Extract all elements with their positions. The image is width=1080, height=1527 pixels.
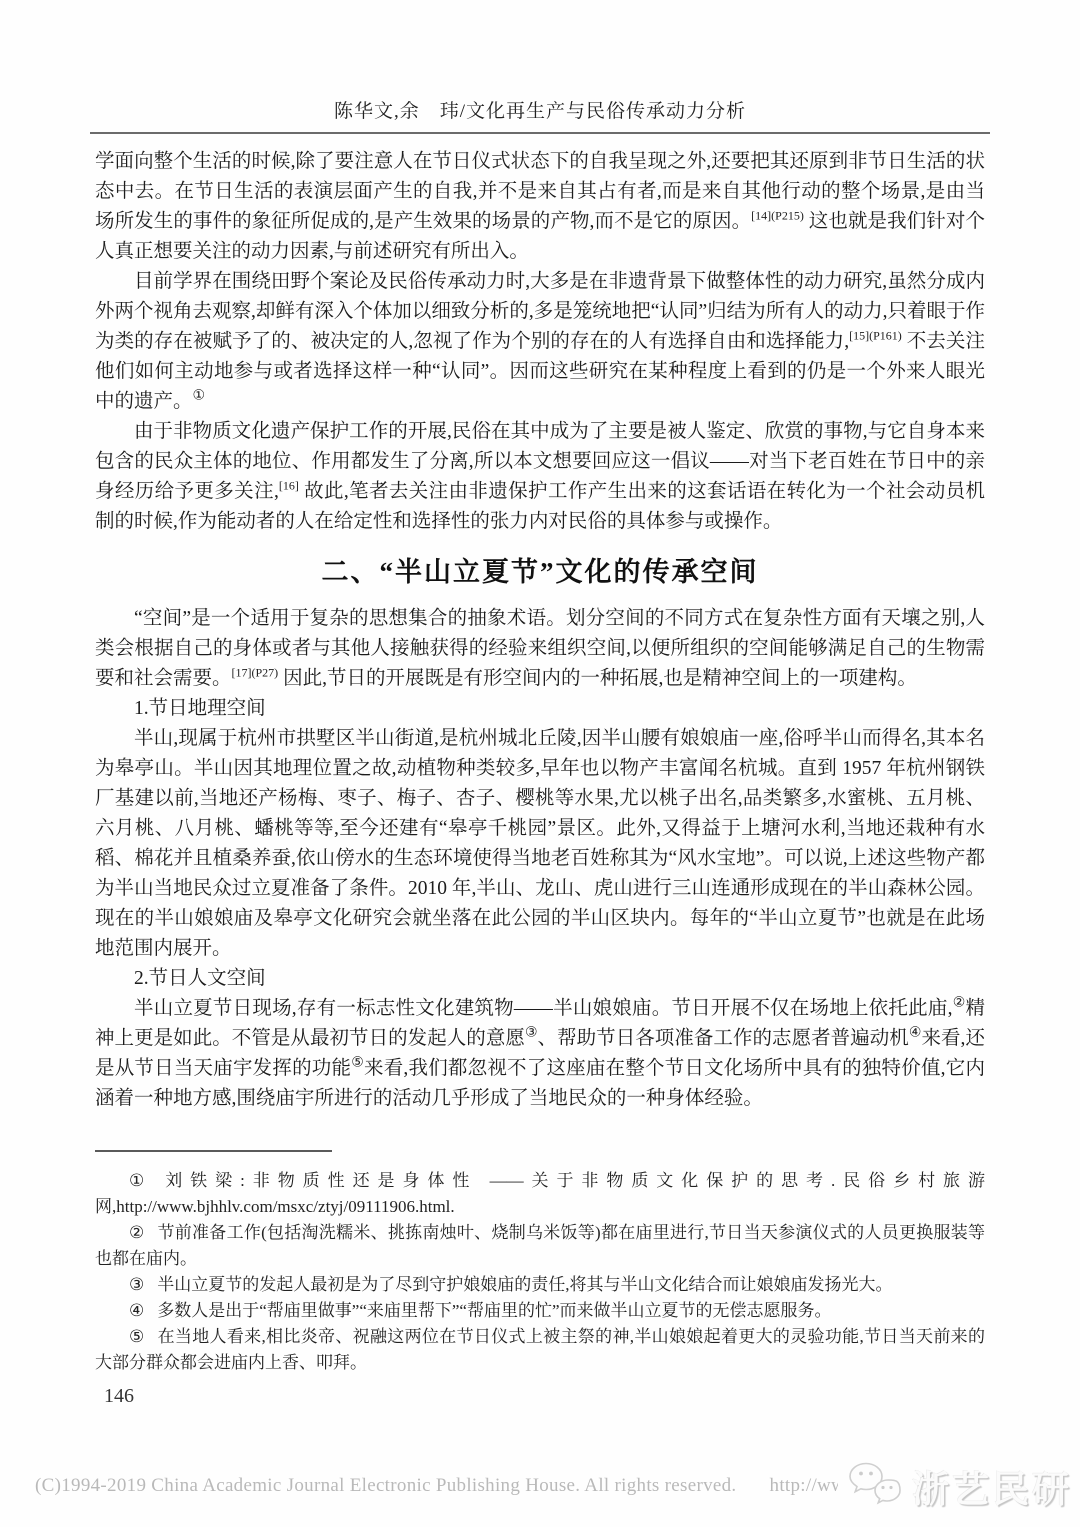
footnote: ①刘铁梁:非物质性还是身体性 ——关于非物质文化保护的思考.民俗乡村旅游网,ht… — [95, 1168, 985, 1220]
footnote-ref: ③ — [525, 1026, 538, 1041]
paragraph: 半山立夏节日现场,存有一标志性文化建筑物——半山娘娘庙。节日开展不仅在场地上依托… — [95, 994, 985, 1114]
watermark-text: 浙艺民研 — [912, 1459, 1072, 1513]
copyright-text: (C)1994-2019 China Academic Journal Elec… — [35, 1475, 736, 1496]
footnote: ⑤在当地人看来,相比炎帝、祝融这两位在节日仪式上被主祭的神,半山娘娘起着更大的灵… — [95, 1324, 985, 1376]
paragraph: 学面向整个生活的时候,除了要注意人在节日仪式状态下的自我呈现之外,还要把其还原到… — [95, 147, 985, 267]
page-footer: (C)1994-2019 China Academic Journal Elec… — [0, 1417, 1080, 1527]
wechat-icon — [844, 1458, 906, 1513]
footnote-ref: ④ — [909, 1026, 922, 1041]
footnote-marker: ② — [129, 1223, 145, 1242]
footnote: ③半山立夏节的发起人最初是为了尽到守护娘娘庙的责任,将其与半山文化结合而让娘娘庙… — [95, 1272, 985, 1298]
citation-ref: [16] — [279, 479, 299, 493]
footnote-ref: ① — [193, 389, 206, 404]
journal-page: 陈华文,余 玮/文化再生产与民俗传承动力分析 学面向整个生活的时候,除了要注意人… — [0, 0, 1080, 1527]
footnote-marker: ④ — [129, 1301, 144, 1320]
copyright-line: (C)1994-2019 China Academic Journal Elec… — [35, 1475, 926, 1497]
paragraph: 半山,现属于杭州市拱墅区半山街道,是杭州城北丘陵,因半山腰有娘娘庙一座,俗呼半山… — [95, 724, 985, 964]
citation-ref: [15](P161) — [849, 329, 902, 343]
header-rule — [90, 132, 990, 134]
paragraph: 由于非物质文化遗产保护工作的开展,民俗在其中成为了主要是被人鉴定、欣赏的事物,与… — [95, 417, 985, 537]
citation-ref: [17](P27) — [232, 666, 279, 680]
footnote-marker: ⑤ — [129, 1327, 145, 1346]
footnote-marker: ③ — [129, 1275, 144, 1294]
footnote-ref: ② — [952, 996, 965, 1011]
paragraph: “空间”是一个适用于复杂的思想集合的抽象术语。划分空间的不同方式在复杂性方面有天… — [95, 604, 985, 694]
page-number: 146 — [104, 1385, 1080, 1408]
footnote-separator — [95, 1150, 332, 1152]
section-heading: 二、“半山立夏节”文化的传承空间 — [95, 555, 985, 589]
running-title: 陈华文,余 玮/文化再生产与民俗传承动力分析 — [0, 0, 1080, 123]
footnote: ④多数人是出于“帮庙里做事”“来庙里帮下”“帮庙里的忙”而来做半山立夏节的无偿志… — [95, 1298, 985, 1324]
subsection-heading: 2.节日人文空间 — [95, 964, 985, 994]
citation-ref: [14](P215) — [751, 209, 804, 223]
footnote-ref: ⑤ — [351, 1056, 364, 1071]
footnote: ②节前准备工作(包括淘洗糯米、挑拣南烛叶、烧制乌米饭等)都在庙里进行,节日当天参… — [95, 1220, 985, 1272]
footnotes-list: ①刘铁梁:非物质性还是身体性 ——关于非物质文化保护的思考.民俗乡村旅游网,ht… — [95, 1168, 985, 1376]
article-body: 学面向整个生活的时候,除了要注意人在节日仪式状态下的自我呈现之外,还要把其还原到… — [95, 147, 985, 1114]
subsection-heading: 1.节日地理空间 — [95, 694, 985, 724]
footnote-marker: ① — [129, 1171, 152, 1190]
paragraph: 目前学界在围绕田野个案论及民俗传承动力时,大多是在非遗背景下做整体性的动力研究,… — [95, 267, 985, 417]
watermark: 浙艺民研 — [838, 1458, 1072, 1513]
